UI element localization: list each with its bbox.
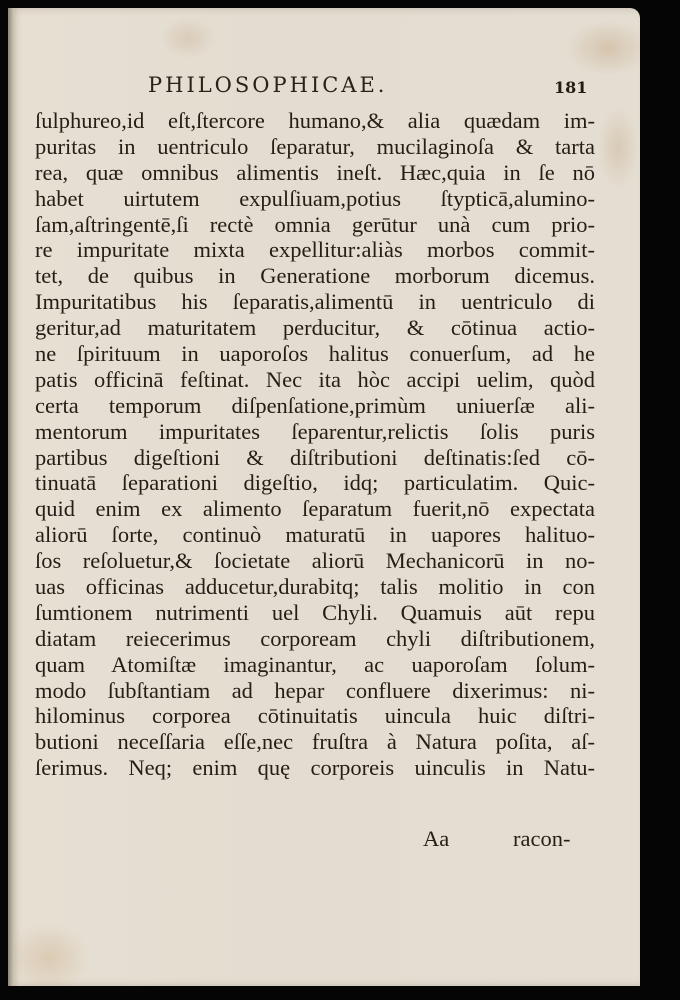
text-line: certa temporum diſpenſatione,primùm uniu… (35, 393, 595, 419)
text-line: ne ſpirituum in uaporoſos halitus conuer… (35, 341, 595, 367)
text-line: aliorū ſorte, continuò maturatū in uapor… (35, 522, 595, 548)
text-line: butioni neceſſaria eſſe,nec fruſtra à Na… (35, 729, 595, 755)
text-line: puritas in uentriculo ſeparatur, mucilag… (35, 134, 595, 160)
page-gutter-edge (8, 8, 14, 986)
text-line: patis officinā feſtinat. Nec ita hòc acc… (35, 367, 595, 393)
text-line: quid enim ex alimento ſeparatum fuerit,n… (35, 496, 595, 522)
text-line: geritur,ad maturitatem perducitur, & cōt… (35, 315, 595, 341)
text-line: hilominus corporea cōtinuitatis uincula … (35, 703, 595, 729)
text-line: uas officinas adducetur,durabitq; talis … (35, 574, 595, 600)
body-text: ſulphureo,id eſt,ſtercore humano,& alia … (35, 108, 595, 781)
text-line: partibus digeſtioni & diſtributioni deſt… (35, 445, 595, 471)
book-page: PHILOSOPHICAE. 181 ſulphureo,id eſt,ſter… (8, 8, 640, 986)
text-line: Impuritatibus his ſeparatis,alimentū in … (35, 289, 595, 315)
catchword: racon- (513, 826, 570, 852)
text-line: rea, quæ omnibus alimentis ineſt. Hæc,qu… (35, 160, 595, 186)
page-number: 181 (554, 78, 587, 97)
text-line: ſulphureo,id eſt,ſtercore humano,& alia … (35, 108, 595, 134)
text-line: diatam reiecerimus corpoream chyli diſtr… (35, 626, 595, 652)
text-line: re impuritate mixta expellitur:aliàs mor… (35, 237, 595, 263)
scanned-page-view: PHILOSOPHICAE. 181 ſulphureo,id eſt,ſter… (0, 0, 680, 1000)
text-line: ſos reſoluetur,& ſocietate aliorū Mechan… (35, 548, 595, 574)
running-head: PHILOSOPHICAE. (148, 73, 387, 97)
text-line: quam Atomiſtæ imaginantur, ac uaporoſam … (35, 652, 595, 678)
text-line: ſumtionem nutrimenti uel Chyli. Quamuis … (35, 600, 595, 626)
text-line: tinuatā ſeparationi digeſtio, idq; parti… (35, 470, 595, 496)
text-line: habet uirtutem expulſiuam,potius ſtyptic… (35, 186, 595, 212)
text-line: ſam,aſtringentē,ſi rectè omnia gerūtur u… (35, 212, 595, 238)
text-line: tet, de quibus in Generatione morborum d… (35, 263, 595, 289)
signature-mark: Aa (423, 826, 449, 852)
text-line: modo ſubſtantiam ad hepar confluere dixe… (35, 678, 595, 704)
text-line: mentorum impuritates ſeparentur,relictis… (35, 419, 595, 445)
text-line: ſerimus. Neq; enim quę corporeis uinculi… (35, 755, 595, 781)
